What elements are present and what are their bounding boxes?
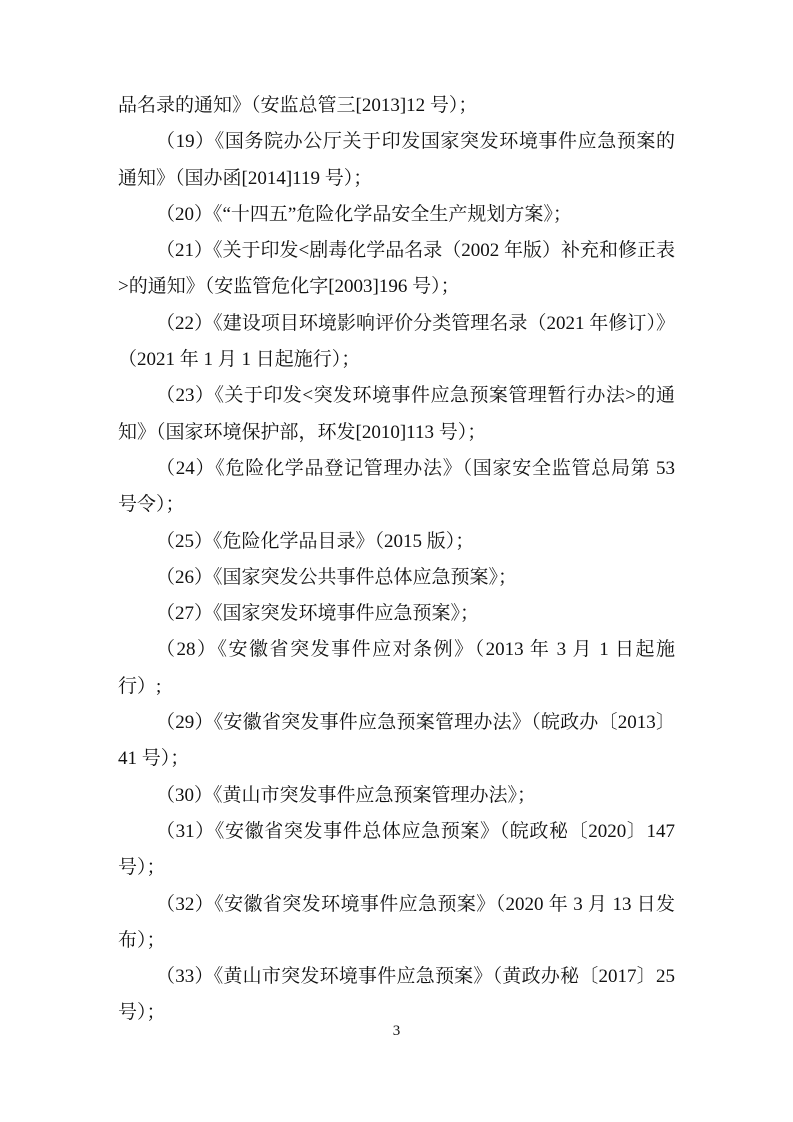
document-page: 品名录的通知》（安监总管三[2013]12 号）；（19）《国务院办公厅关于印发… bbox=[0, 0, 793, 1122]
document-paragraph: （22）《建设项目环境影响评价分类管理名录（2021 年修订）》（2021 年 … bbox=[118, 306, 675, 379]
document-paragraph: （26）《国家突发公共事件总体应急预案》； bbox=[118, 560, 675, 596]
document-paragraph: （32）《安徽省突发环境事件应急预案》（2020 年 3 月 13 日发布）； bbox=[118, 887, 675, 960]
document-paragraph: （29）《安徽省突发事件应急预案管理办法》（皖政办〔2013〕41 号）； bbox=[118, 705, 675, 778]
document-paragraph: （33）《黄山市突发环境事件应急预案》（黄政办秘〔2017〕25 号）； bbox=[118, 959, 675, 1032]
document-paragraph: （21）《关于印发<剧毒化学品名录（2002 年版）补充和修正表>的通知》（安监… bbox=[118, 233, 675, 306]
page-number: 3 bbox=[393, 1023, 401, 1039]
document-paragraph: （20）《“十四五”危险化学品安全生产规划方案》； bbox=[118, 197, 675, 233]
document-body: 品名录的通知》（安监总管三[2013]12 号）；（19）《国务院办公厅关于印发… bbox=[118, 88, 675, 1032]
document-paragraph: （24）《危险化学品登记管理办法》（国家安全监管总局第 53 号令）； bbox=[118, 451, 675, 524]
document-paragraph: （28）《安徽省突发事件应对条例》（2013 年 3 月 1 日起施行）; bbox=[118, 632, 675, 705]
document-paragraph: （23）《关于印发<突发环境事件应急预案管理暂行办法>的通知》（国家环境保护部，… bbox=[118, 378, 675, 451]
document-paragraph: （25）《危险化学品目录》（2015 版）； bbox=[118, 524, 675, 560]
document-paragraph: （30）《黄山市突发事件应急预案管理办法》； bbox=[118, 778, 675, 814]
document-paragraph: （19）《国务院办公厅关于印发国家突发环境事件应急预案的通知》（国办函[2014… bbox=[118, 124, 675, 197]
document-paragraph: （27）《国家突发环境事件应急预案》； bbox=[118, 596, 675, 632]
document-paragraph: （31）《安徽省突发事件总体应急预案》（皖政秘〔2020〕147 号）； bbox=[118, 814, 675, 887]
page-footer: 3 bbox=[0, 1022, 793, 1040]
document-paragraph: 品名录的通知》（安监总管三[2013]12 号）； bbox=[118, 88, 675, 124]
